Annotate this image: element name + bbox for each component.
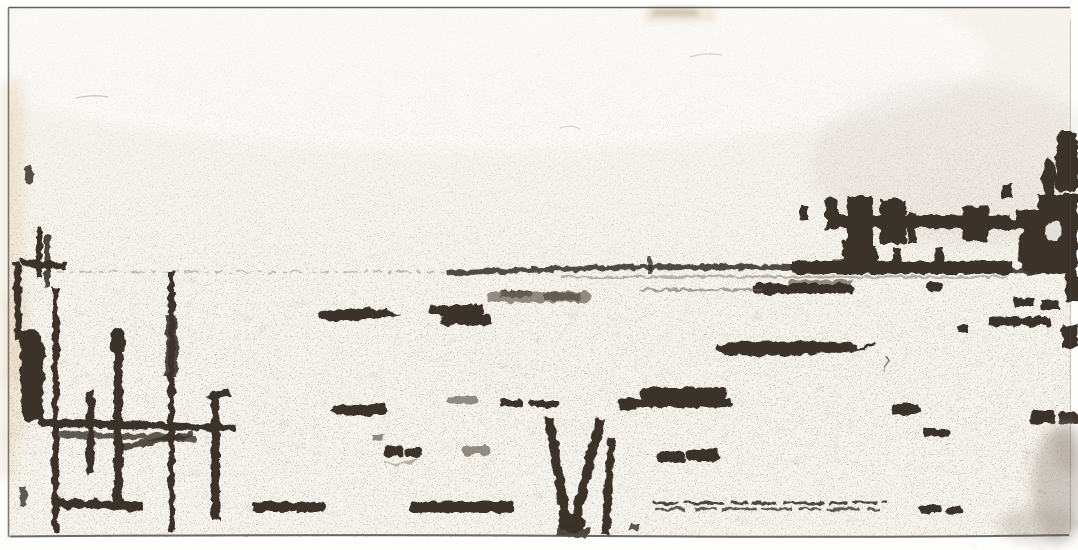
pier-post-head — [111, 329, 125, 355]
building-base-band — [792, 261, 1012, 274]
foreground-dash — [919, 505, 941, 513]
pier-post — [114, 331, 122, 505]
mass-lobe — [1018, 226, 1046, 274]
mass-white-pocket — [1045, 222, 1061, 242]
water-fleck — [384, 446, 403, 456]
boat-stroke — [687, 449, 718, 461]
boat-stroke — [640, 388, 726, 399]
pier-stub — [20, 487, 26, 505]
building-stub — [893, 247, 901, 264]
mass-fleck — [1002, 185, 1013, 198]
top-right-speckle-cloud — [770, 30, 1078, 235]
water-stroke-right — [988, 317, 1050, 326]
building-stub — [866, 245, 877, 264]
building-stub — [842, 240, 851, 264]
boat-stroke — [656, 451, 685, 462]
mooring-fleck — [630, 524, 639, 531]
foreground-dash — [947, 507, 962, 514]
boat-stroke — [333, 405, 387, 415]
reflection-dash — [448, 397, 477, 403]
building-chimney — [800, 206, 808, 221]
boat-stroke — [928, 283, 944, 291]
building-stub — [934, 249, 944, 264]
mass-tendril — [1016, 210, 1044, 229]
boat-stroke — [430, 306, 483, 315]
reflection-band — [487, 292, 590, 302]
isolated-mark — [25, 166, 33, 184]
mass-lobe — [1056, 132, 1078, 192]
building-connector — [988, 219, 1017, 230]
water-fleck — [405, 449, 421, 457]
boat-stroke — [893, 405, 920, 414]
boat-stroke — [1032, 411, 1055, 423]
smudge-grey — [652, 9, 698, 16]
water-mark-right — [1014, 298, 1034, 307]
pier-post — [37, 228, 42, 278]
boat-stroke — [441, 316, 491, 325]
pier-mass — [20, 331, 46, 421]
mass-lobe — [1042, 158, 1056, 198]
pier-post — [45, 236, 50, 288]
etching-canvas: Etching of a lagoon with pier pilings, m… — [0, 0, 1078, 550]
reflection-dash — [463, 446, 490, 454]
horizon-figure-tick — [648, 258, 652, 272]
foreground-stroke — [410, 502, 514, 512]
boat-stroke — [529, 401, 558, 407]
etching-print: Etching of a lagoon with pier pilings, m… — [0, 0, 1078, 550]
pier-post-tall — [169, 272, 174, 532]
water-fleck — [958, 324, 968, 332]
boat-stroke — [621, 399, 636, 409]
top-edge-smudge — [645, 8, 715, 22]
pier-post — [212, 394, 219, 520]
boat-stroke — [922, 429, 951, 436]
mass-edge-drip — [1066, 274, 1078, 302]
boat-stroke — [753, 284, 854, 293]
water-mark-right — [1040, 300, 1059, 309]
building-block — [962, 206, 989, 241]
foreground-stroke — [253, 502, 325, 511]
pier-post-thick — [166, 316, 177, 376]
pier-post-tall — [53, 288, 58, 533]
pier-post — [14, 262, 22, 341]
building-chimney-cap — [824, 197, 838, 209]
boat-stroke — [500, 400, 522, 406]
reflection-dash — [373, 435, 382, 440]
